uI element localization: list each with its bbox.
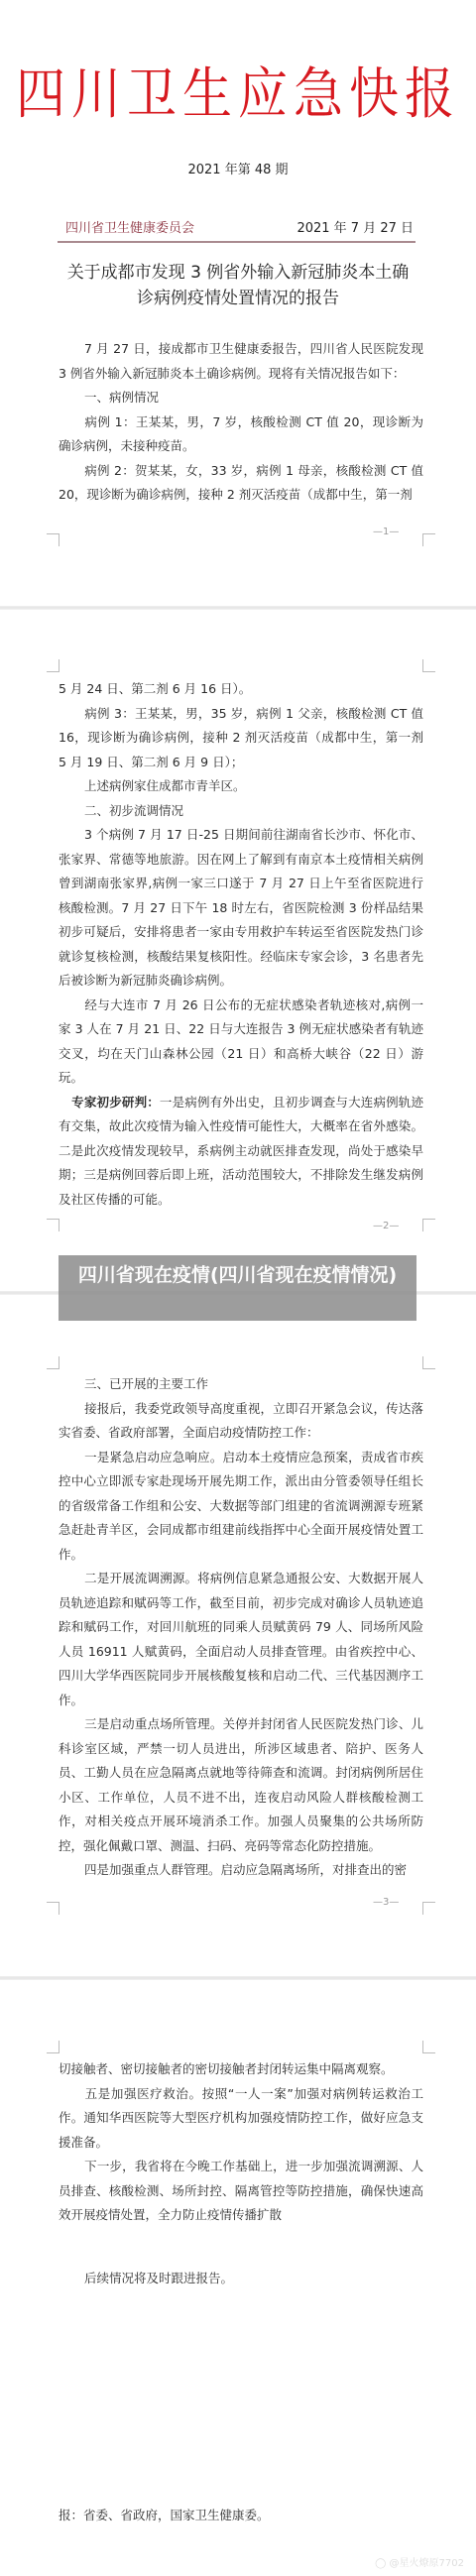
paragraph-continuation: 切接触者、密切接触者的密切接触者封闭转运集中隔离观察。 [59,2057,423,2082]
page-corner-mark [422,1902,435,1915]
page-corner-mark [422,2041,435,2053]
paragraph: 上述病例家住成都市青羊区。 [59,774,423,799]
page-separator [0,1976,476,1980]
page-corner-mark [422,1219,435,1231]
header-divider [58,241,416,243]
page-corner-mark [47,1219,59,1231]
paragraph: 病例 3：王某某，男，35 岁，病例 1 父亲，核酸检测 CT 值 16，现诊断… [59,702,423,775]
page-number: —3— [373,1897,399,1908]
paragraph: 病例 2：贺某某，女，33 岁，病例 1 母亲，核酸检测 CT 值 20，现诊断… [59,459,423,508]
page-corner-mark [422,533,435,546]
weibo-icon: ◯ [375,2558,386,2569]
article-caption-overlay: 四川省现在疫情(四川省现在疫情情况) [59,1255,416,1321]
paragraph: 7 月 27 日，接成都市卫生健康委报告，四川省人民医院发现 3 例省外输入新冠… [59,337,423,386]
report-title: 关于成都市发现 3 例省外输入新冠肺炎本土确 诊病例疫情处置情况的报告 [58,260,418,311]
paragraph: 经与大连市 7 月 26 日公布的无症状感染者轨迹核对,病例一家 3 人在 7 … [59,994,423,1091]
page-corner-mark [47,533,59,546]
paragraph: 下一步，我省将在今晚工作基础上，进一步加强流调溯源、人员排查、核酸检测、场所封控… [59,2155,423,2228]
paragraph: 一是紧急启动应急响应。启动本土疫情应急预案，责成省市疾控中心立即派专家赴现场开展… [59,1446,423,1568]
page-number: —1— [373,527,399,537]
page-corner-mark [47,659,59,672]
paragraph: 接报后，我委党政领导高度重视，立即召开紧急会议，传达落实省委、省政府部署，全面启… [59,1397,423,1446]
distribution-list: 报：省委、省政府，国家卫生健康委。 [59,2504,423,2528]
page1-body: 7 月 27 日，接成都市卫生健康委报告，四川省人民医院发现 3 例省外输入新冠… [59,337,423,508]
page3-body: 三、已开展的主要工作 接报后，我委党政领导高度重视，立即召开紧急会议，传达落实省… [59,1372,423,1883]
paragraph-continuation: 5 月 24 日、第二剂 6 月 16 日）。 [59,677,423,702]
section-heading: 一、病例情况 [59,386,423,410]
page-corner-mark [47,1902,59,1915]
page-separator [0,606,476,610]
section-heading: 三、已开展的主要工作 [59,1372,423,1397]
page2-body: 5 月 24 日、第二剂 6 月 16 日）。 病例 3：王某某，男，35 岁，… [59,677,423,1212]
expert-label: 专家初步研判： [71,1095,160,1110]
page-number: —2— [373,1221,399,1231]
paragraph: 病例 1：王某某，男，7 岁，核酸检测 CT 值 20，现诊断为确诊病例，未接种… [59,410,423,459]
watermark-text: @星火燎原7702 [390,2558,464,2569]
section-heading: 二、初步流调情况 [59,799,423,824]
paragraph: 三是启动重点场所管理。关停并封闭省人民医院发热门诊、儿科诊室区域，严禁一切人员进… [59,1712,423,1858]
page-corner-mark [47,1356,59,1369]
page-corner-mark [422,659,435,672]
issuing-organization: 四川省卫生健康委员会 [65,217,194,236]
paragraph: 四是加强重点人群管理。启动应急隔离场所，对排查出的密 [59,1858,423,1883]
issue-date: 2021 年 7 月 27 日 [297,217,414,236]
expert-judgment: 专家初步研判：一是病例有外出史，且初步调查与大连病例轨迹有交集，故此次疫情为输入… [59,1091,423,1213]
paragraph: 3 个病例 7 月 17 日-25 日期间前往湖南省长沙市、怀化市、张家界、常德… [59,823,423,994]
watermark: ◯ @星火燎原7702 [375,2554,464,2569]
report-title-line1: 关于成都市发现 3 例省外输入新冠肺炎本土确 [58,260,418,286]
page-corner-mark [47,2041,59,2053]
page-corner-mark [422,1356,435,1369]
report-title-line2: 诊病例疫情处置情况的报告 [58,286,418,311]
closing-line: 后续情况将及时跟进报告。 [59,2267,423,2291]
page4-body: 切接触者、密切接触者的密切接触者封闭转运集中隔离观察。 五是加强医疗救治。按照“… [59,2057,423,2228]
paragraph: 五是加强医疗救治。按照“一人一案”加强对病例转运救治工作。通知华西医院等大型医疗… [59,2082,423,2156]
masthead: 四川卫生应急快报 [0,56,476,133]
issue-number: 2021 年第 48 期 [0,159,476,177]
paragraph: 二是开展流调溯源。将病例信息紧急通报公安、大数据开展人员轨迹追踪和赋码等工作，截… [59,1567,423,1712]
